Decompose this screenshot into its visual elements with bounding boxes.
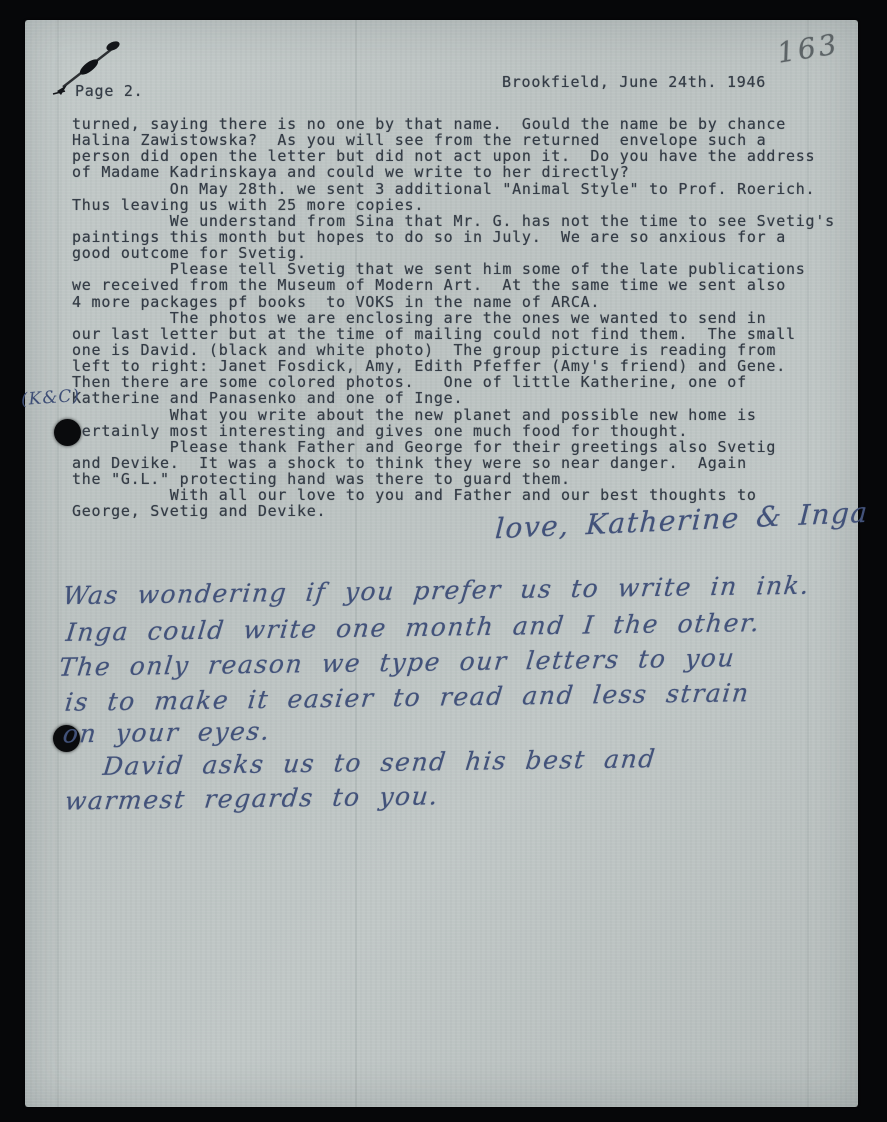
page-label: Page 2. bbox=[75, 82, 143, 100]
archive-page-number: 163 bbox=[775, 27, 842, 69]
postscript-line: warmest regards to you. bbox=[63, 781, 440, 815]
postscript-line: Was wondering if you prefer us to write … bbox=[61, 571, 811, 610]
typed-line: our last letter but at the time of maili… bbox=[72, 326, 842, 342]
typed-line: What you write about the new planet and … bbox=[72, 407, 842, 423]
typed-line: We understand from Sina that Mr. G. has … bbox=[72, 213, 842, 229]
typed-line: George, Svetig and Devike. bbox=[72, 503, 842, 519]
postscript-line: The only reason we type our letters to y… bbox=[57, 643, 736, 681]
typed-line: and Devike. It was a shock to think they… bbox=[72, 455, 842, 471]
typed-line: Halina Zawistowska? As you will see from… bbox=[72, 132, 842, 148]
typed-line: turned, saying there is no one by that n… bbox=[72, 116, 842, 132]
typed-line: of Madame Kadrinskaya and could we write… bbox=[72, 164, 842, 180]
typed-line: The photos we are enclosing are the ones… bbox=[72, 310, 842, 326]
postscript-line: Inga could write one month and I the oth… bbox=[64, 608, 762, 647]
typed-line: the "G.L." protecting hand was there to … bbox=[72, 471, 842, 487]
paper-crease bbox=[57, 20, 59, 1107]
postscript-line: David asks us to send his best and bbox=[101, 744, 657, 781]
postscript-line: on your eyes. bbox=[61, 717, 272, 749]
hole-punch bbox=[53, 725, 80, 752]
dateline: Brookfield, June 24th. 1946 bbox=[502, 73, 766, 91]
typed-line: Please tell Svetig that we sent him some… bbox=[72, 261, 842, 277]
typed-line: Please thank Father and George for their… bbox=[72, 439, 842, 455]
typed-line: paintings this month but hopes to do so … bbox=[72, 229, 842, 245]
margin-note: (K&C) bbox=[20, 386, 80, 410]
postscript-line: is to make it easier to read and less st… bbox=[63, 678, 751, 717]
typed-line: one is David. (black and white photo) Th… bbox=[72, 342, 842, 358]
typed-line: With all our love to you and Father and … bbox=[72, 487, 842, 503]
typed-line: person did open the letter but did not a… bbox=[72, 148, 842, 164]
typed-line: left to right: Janet Fosdick, Amy, Edith… bbox=[72, 358, 842, 374]
typed-line: good outcome for Svetig. bbox=[72, 245, 842, 261]
typed-line: Thus leaving us with 25 more copies. bbox=[72, 197, 842, 213]
typed-body: turned, saying there is no one by that n… bbox=[72, 116, 842, 520]
typed-line: certainly most interesting and gives one… bbox=[72, 423, 842, 439]
typed-line: Then there are some colored photos. One … bbox=[72, 374, 842, 390]
typed-line: On May 28th. we sent 3 additional "Anima… bbox=[72, 181, 842, 197]
hole-punch bbox=[54, 419, 81, 446]
letter-paper: 163 Page 2. Brookfield, June 24th. 1946 … bbox=[25, 20, 858, 1107]
typed-line: we received from the Museum of Modern Ar… bbox=[72, 277, 842, 293]
typed-line: Katherine and Panasenko and one of Inge. bbox=[72, 390, 842, 406]
typed-line: 4 more packages pf books to VOKS in the … bbox=[72, 294, 842, 310]
